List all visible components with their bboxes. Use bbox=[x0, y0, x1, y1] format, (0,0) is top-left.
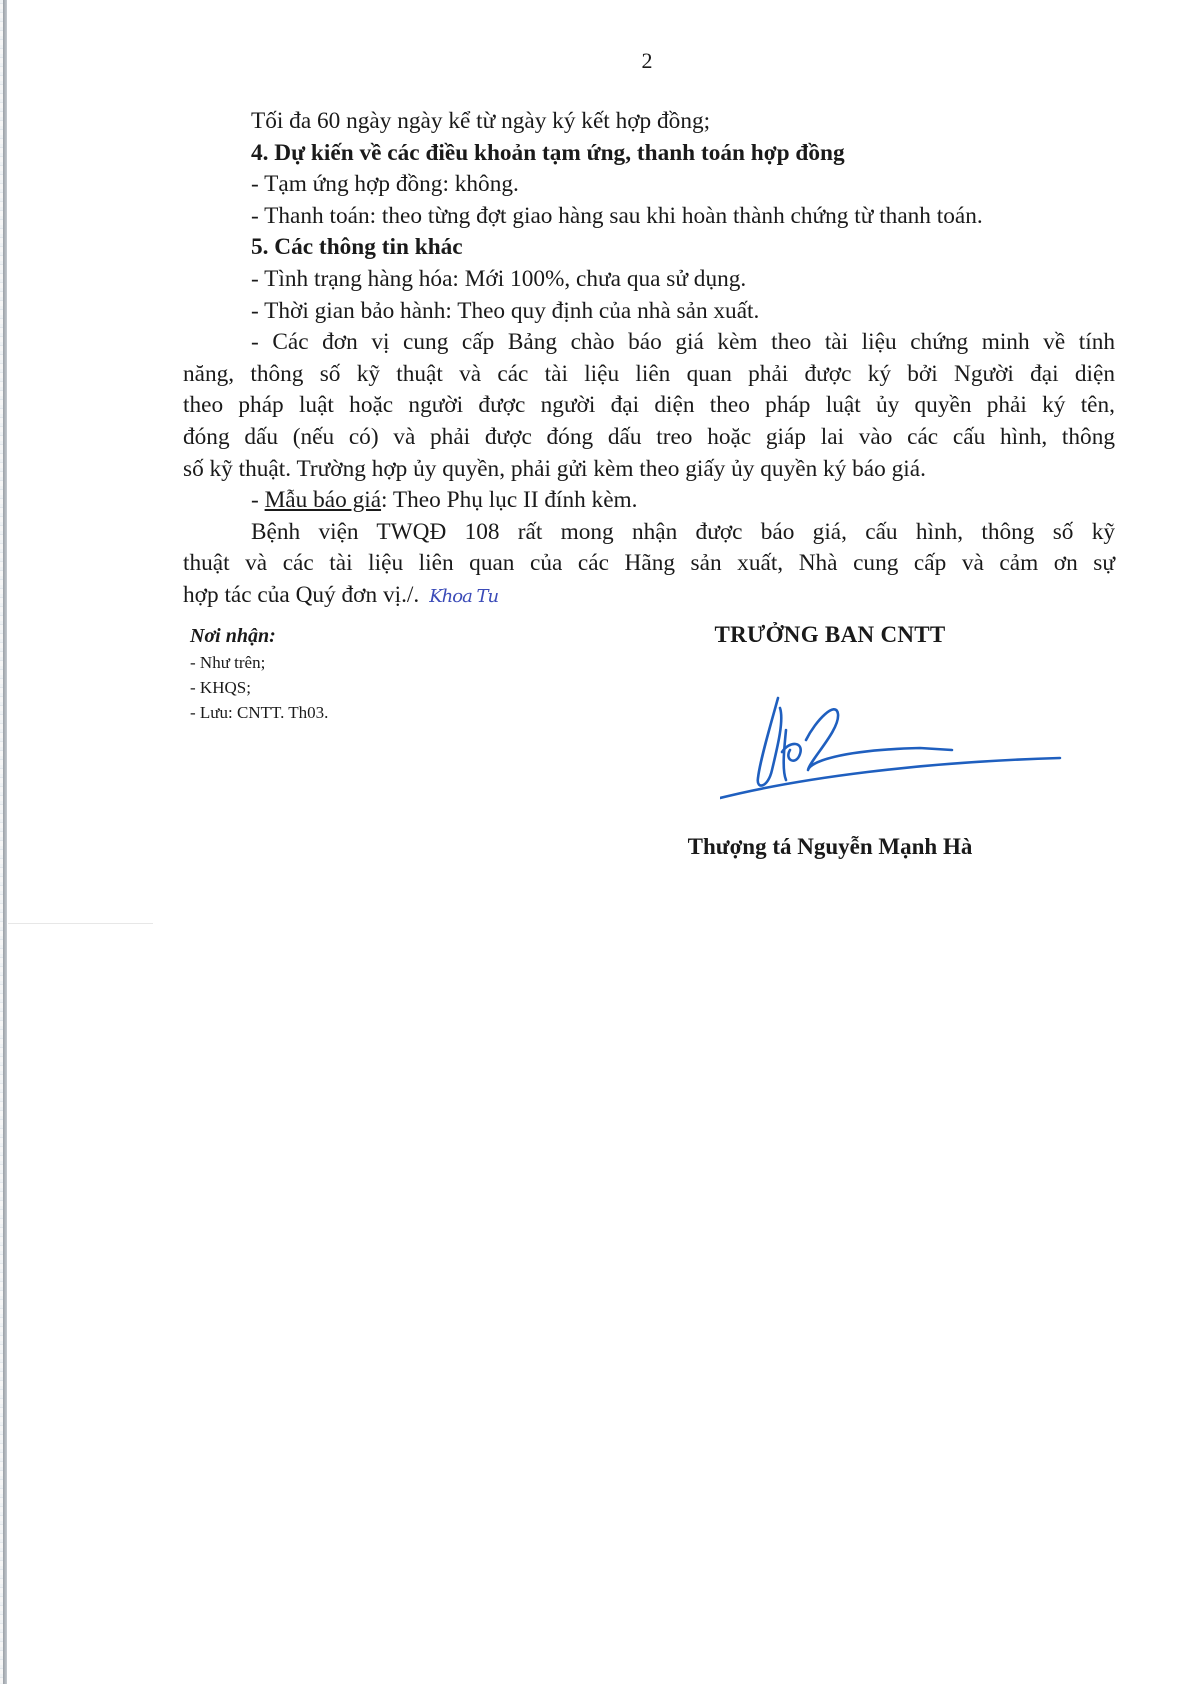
closing-text: hợp tác của Quý đơn vị./. bbox=[183, 582, 419, 608]
document-body: Tối đa 60 ngày ngày kể từ ngày ký kết hợ… bbox=[183, 106, 1115, 613]
suppliers-paragraph-line: theo pháp luật hoặc người được người đại… bbox=[183, 390, 1115, 422]
payment-item: - Thanh toán: theo từng đợt giao hàng sa… bbox=[183, 201, 1115, 233]
section-5-heading: 5. Các thông tin khác bbox=[183, 232, 1115, 264]
signer-name: Thượng tá Nguyễn Mạnh Hà bbox=[630, 834, 1030, 860]
quote-template-prefix: - bbox=[251, 487, 265, 513]
goods-condition-item: - Tình trạng hàng hóa: Mới 100%, chưa qu… bbox=[183, 264, 1115, 296]
advance-payment-item: - Tạm ứng hợp đồng: không. bbox=[183, 169, 1115, 201]
quote-template-item: - Mẫu báo giá: Theo Phụ lục II đính kèm. bbox=[183, 485, 1115, 517]
recipients-title: Nơi nhận: bbox=[190, 622, 328, 650]
delivery-time-line: Tối đa 60 ngày ngày kể từ ngày ký kết hợ… bbox=[183, 106, 1115, 138]
section-4-heading: 4. Dự kiến về các điều khoản tạm ứng, th… bbox=[183, 138, 1115, 170]
suppliers-paragraph-line: năng, thông số kỹ thuật và các tài liệu … bbox=[183, 359, 1115, 391]
recipient-item: - Lưu: CNTT. Th03. bbox=[190, 700, 328, 725]
closing-line-last: hợp tác của Quý đơn vị./.Khoa Tu bbox=[183, 580, 1115, 613]
handwritten-initials: Khoa Tu bbox=[429, 586, 498, 607]
warranty-item: - Thời gian bảo hành: Theo quy định của … bbox=[183, 296, 1115, 328]
recipient-item: - KHQS; bbox=[190, 675, 328, 700]
closing-line: Bệnh viện TWQĐ 108 rất mong nhận được bá… bbox=[183, 517, 1115, 549]
signature-icon bbox=[720, 690, 1080, 800]
suppliers-paragraph-line: đóng dấu (nếu có) và phải được đóng dấu … bbox=[183, 422, 1115, 454]
signer-position: TRƯỞNG BAN CNTT bbox=[630, 622, 1030, 648]
closing-line: thuật và các tài liệu liên quan của các … bbox=[183, 548, 1115, 580]
recipient-item: - Như trên; bbox=[190, 650, 328, 675]
quote-template-text: : Theo Phụ lục II đính kèm. bbox=[381, 487, 637, 513]
suppliers-paragraph-line: số kỹ thuật. Trường hợp ủy quyền, phải g… bbox=[183, 454, 1115, 486]
scan-edge bbox=[3, 0, 7, 1684]
recipients-block: Nơi nhận: - Như trên; - KHQS; - Lưu: CNT… bbox=[190, 622, 328, 725]
page-number: 2 bbox=[0, 48, 1190, 74]
quote-template-label: Mẫu báo giá bbox=[265, 487, 381, 513]
scan-artifact-line bbox=[8, 923, 153, 924]
suppliers-paragraph-line: - Các đơn vị cung cấp Bảng chào báo giá … bbox=[183, 327, 1115, 359]
